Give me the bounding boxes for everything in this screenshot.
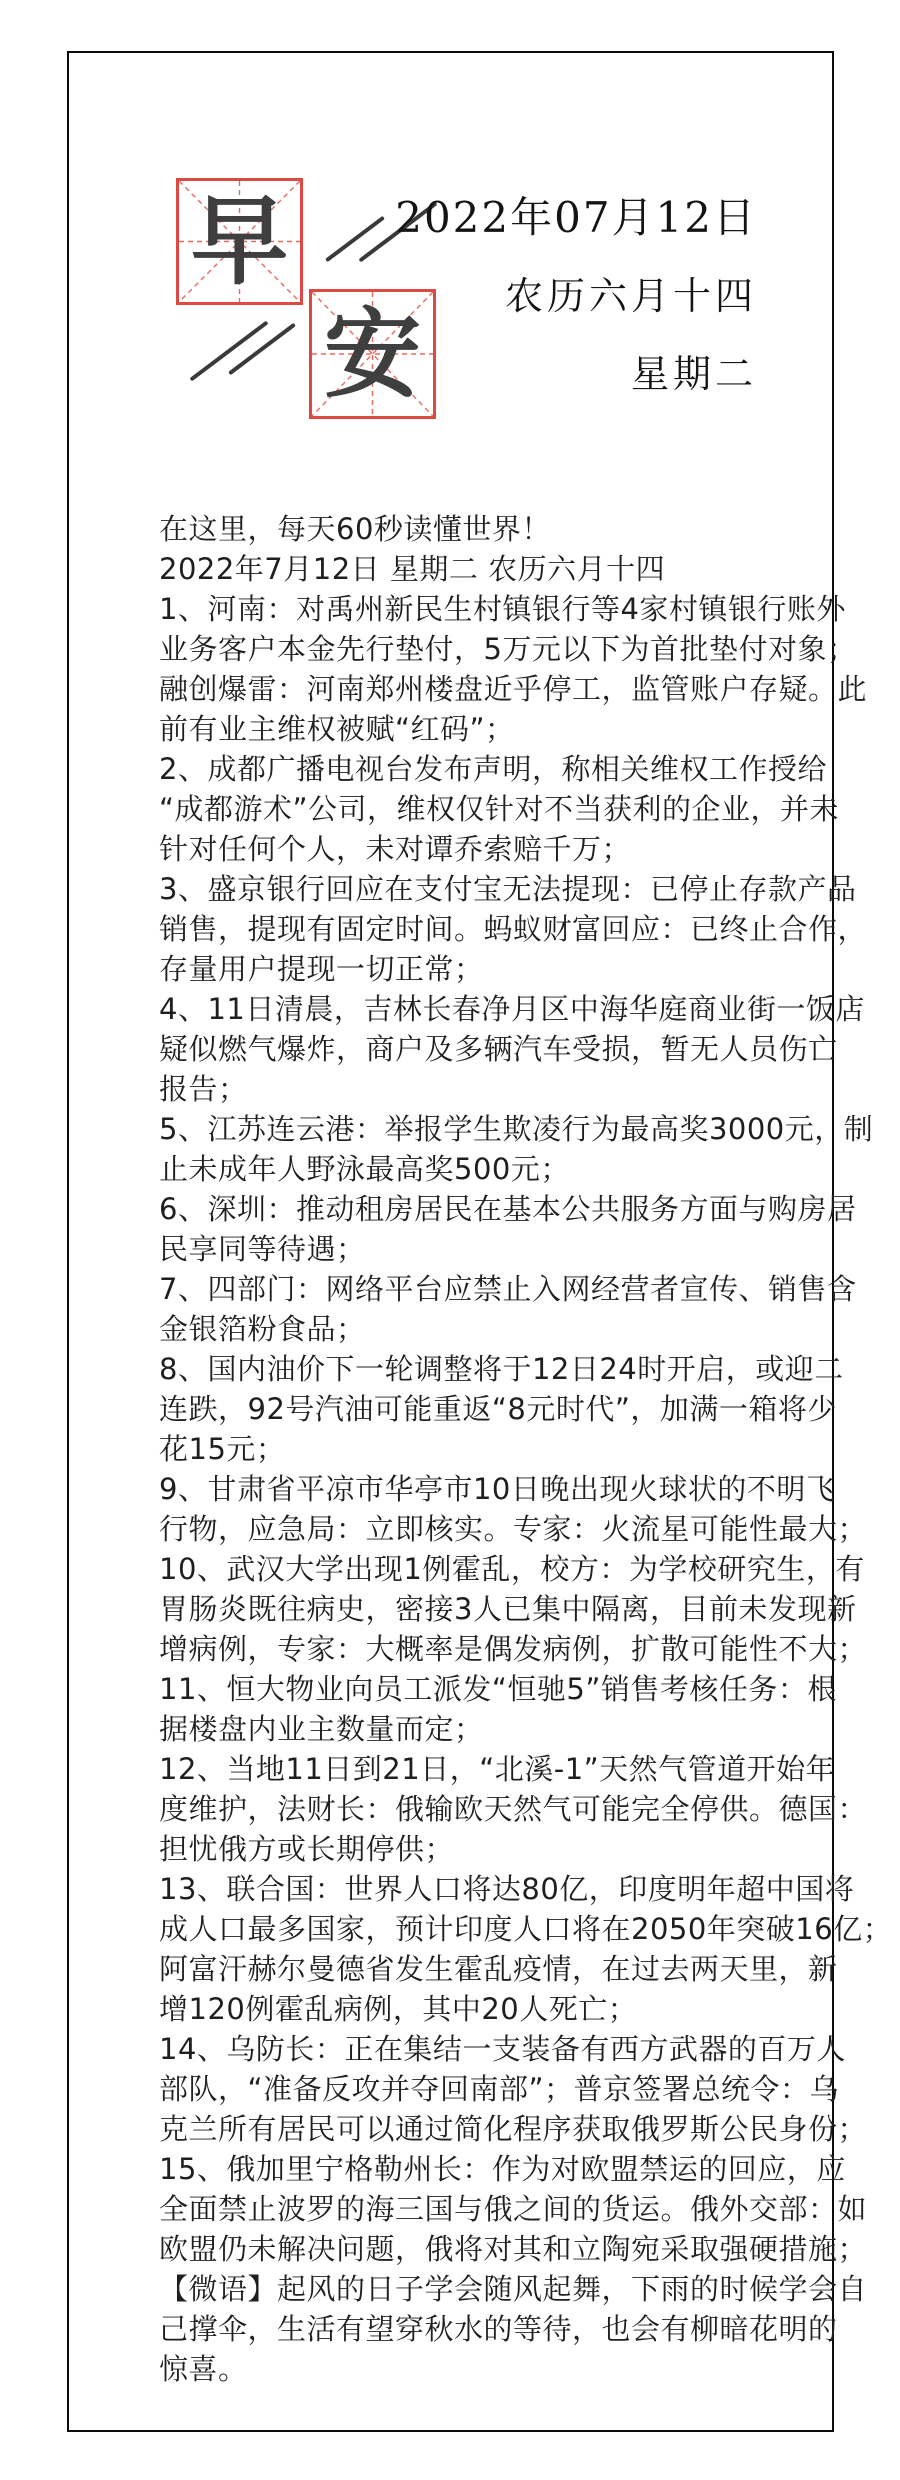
news-line: 担忧俄方或长期停供； [159, 1829, 883, 1869]
news-line: 7、四部门：网络平台应禁止入网经营者宣传、销售含 [159, 1269, 883, 1309]
news-line: 阿富汗赫尔曼德省发生霍乱疫情，在过去两天里，新 [159, 1949, 883, 1989]
news-line: 据楼盘内业主数量而定； [159, 1709, 883, 1749]
news-line: 成人口最多国家，预计印度人口将在2050年突破16亿； [159, 1909, 883, 1949]
news-line: 2022年7月12日 星期二 农历六月十四 [159, 549, 883, 589]
page-border: 早 安 2022年07月12日 农历六月十四 星期二 在这里，每天60秒读懂世界… [67, 51, 834, 2432]
news-line: 度维护，法财长：俄输欧天然气可能完全停供。德国： [159, 1789, 883, 1829]
news-line: 己撑伞，生活有望穿秋水的等待，也会有柳暗花明的 [159, 2309, 883, 2349]
news-line: 13、联合国：世界人口将达80亿，印度明年超中国将 [159, 1869, 883, 1909]
weekday: 星期二 [395, 335, 757, 413]
news-line: 业务客户本金先行垫付，5万元以下为首批垫付对象； [159, 629, 883, 669]
morning-news-page: { "logo": { "char_top": "早", "char_botto… [0, 0, 900, 2480]
gregorian-date: 2022年07月12日 [395, 179, 757, 257]
news-line: 针对任何个人，未对谭乔索赔千万； [159, 829, 883, 869]
news-line: 全面禁止波罗的海三国与俄之间的货运。俄外交部：如 [159, 2189, 883, 2229]
news-line: 14、乌防长：正在集结一支装备有西方武器的百万人 [159, 2029, 883, 2069]
news-line: 5、江苏连云港：举报学生欺凌行为最高奖3000元，制 [159, 1109, 883, 1149]
news-line: 花15元； [159, 1429, 883, 1469]
news-line: 2、成都广播电视台发布声明，称相关维权工作授给 [159, 749, 883, 789]
news-line: 15、俄加里宁格勒州长：作为对欧盟禁运的回应，应 [159, 2149, 883, 2189]
news-line: 12、当地11日到21日，“北溪-1”天然气管道开始年 [159, 1749, 883, 1789]
news-line: 前有业主维权被赋“红码”； [159, 709, 883, 749]
slash-decoration-icon [325, 216, 385, 263]
news-line: 增120例霍乱病例，其中20人死亡； [159, 1989, 883, 2029]
news-line: 4、11日清晨，吉林长春净月区中海华庭商业街一饭店 [159, 989, 883, 1029]
news-line: 克兰所有居民可以通过简化程序获取俄罗斯公民身份； [159, 2109, 883, 2149]
news-line: 11、恒大物业向员工派发“恒驰5”销售考核任务：根 [159, 1669, 883, 1709]
news-line: 3、盛京银行回应在支付宝无法提现：已停止存款产品 [159, 869, 883, 909]
news-body: 在这里，每天60秒读懂世界！2022年7月12日 星期二 农历六月十四1、河南：… [159, 509, 883, 2389]
news-line: 金银箔粉食品； [159, 1309, 883, 1349]
news-line: 连跌，92号汽油可能重返“8元时代”，加满一箱将少 [159, 1389, 883, 1429]
news-line: 融创爆雷：河南郑州楼盘近乎停工，监管账户存疑。此 [159, 669, 883, 709]
news-line: “成都游术”公司，维权仅针对不当获利的企业，并未 [159, 789, 883, 829]
news-line: 6、深圳：推动租房居民在基本公共服务方面与购房居 [159, 1189, 883, 1229]
news-line: 疑似燃气爆炸，商户及多辆汽车受损，暂无人员伤亡 [159, 1029, 883, 1069]
news-line: 止未成年人野泳最高奖500元； [159, 1149, 883, 1189]
news-line: 1、河南：对禹州新民生村镇银行等4家村镇银行账外 [159, 589, 883, 629]
logo-box-zao: 早 [176, 178, 303, 305]
news-line: 胃肠炎既往病史，密接3人已集中隔离，目前未发现新 [159, 1589, 883, 1629]
news-line: 9、甘肃省平凉市华亭市10日晚出现火球状的不明飞 [159, 1469, 883, 1509]
news-line: 销售，提现有固定时间。蚂蚁财富回应：已终止合作， [159, 909, 883, 949]
news-line: 10、武汉大学出现1例霍乱，校方：为学校研究生，有 [159, 1549, 883, 1589]
news-line: 部队，“准备反攻并夺回南部”；普京签署总统令：乌 [159, 2069, 883, 2109]
news-line: 惊喜。 [159, 2349, 883, 2389]
news-line: 民享同等待遇； [159, 1229, 883, 1269]
news-line: 增病例，专家：大概率是偶发病例，扩散可能性不大； [159, 1629, 883, 1669]
news-line: 【微语】起风的日子学会随风起舞，下雨的时候学会自 [159, 2269, 883, 2309]
date-block: 2022年07月12日 农历六月十四 星期二 [395, 179, 757, 413]
slash-decoration-icon [228, 323, 296, 376]
news-line: 报告； [159, 1069, 883, 1109]
news-line: 存量用户提现一切正常； [159, 949, 883, 989]
lunar-date: 农历六月十四 [395, 257, 757, 335]
news-line: 欧盟仍未解决问题，俄将对其和立陶宛采取强硬措施； [159, 2229, 883, 2269]
logo-char-zao: 早 [179, 181, 300, 302]
news-line: 在这里，每天60秒读懂世界！ [159, 509, 883, 549]
news-line: 8、国内油价下一轮调整将于12日24时开启，或迎二 [159, 1349, 883, 1389]
news-line: 行物，应急局：立即核实。专家：火流星可能性最大； [159, 1509, 883, 1549]
